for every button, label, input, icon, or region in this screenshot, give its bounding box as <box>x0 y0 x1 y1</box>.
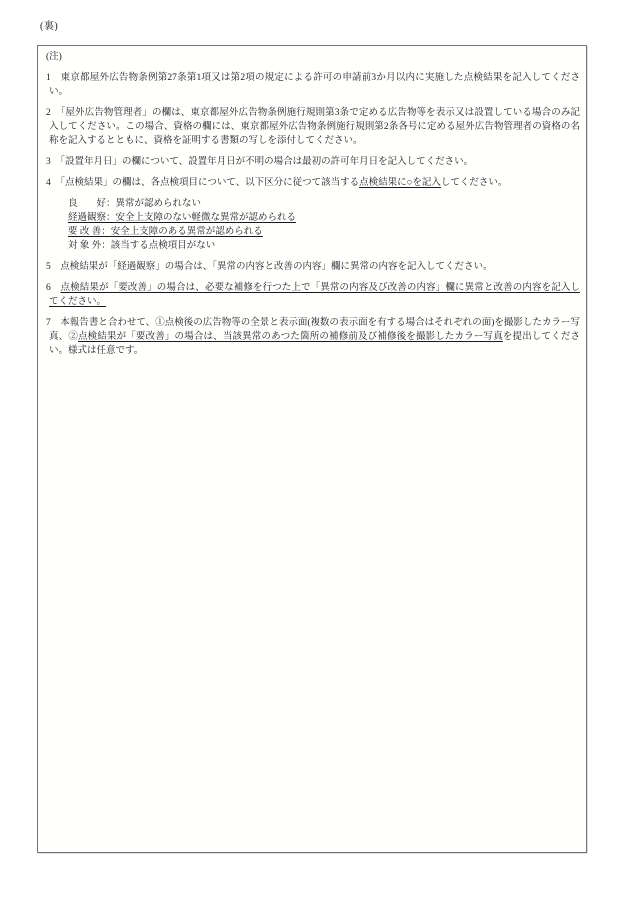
underlined-text: 経過観察：安全上支障のない軽微な異常が認められる <box>68 213 296 223</box>
note-number: 1 <box>46 73 61 83</box>
note-number: 5 <box>46 262 60 272</box>
note-item-3: 3 「設置年月日」の欄について、設置年月日が不明の場合は最初の許可年月日を記入し… <box>46 155 580 169</box>
note-text: 良 好：異常が認められない <box>68 199 201 209</box>
note-number: 6 <box>46 283 61 293</box>
note-item-2: 2 「屋外広告物管理者」の欄は、東京都屋外広告物条例施行規則第3条で定める広告物… <box>46 106 580 148</box>
note-number: 7 <box>46 318 60 328</box>
result-category-item: 経過観察：安全上支障のない軽微な異常が認められる <box>68 211 580 225</box>
notes-heading: (注) <box>46 50 580 64</box>
note-text: 東京都屋外広告物条例第27条第1項又は第2項の規定による許可の申請前3か月以内に… <box>49 73 580 97</box>
note-item-1: 1 東京都屋外広告物条例第27条第1項又は第2項の規定による許可の申請前3か月以… <box>46 71 580 99</box>
page-side-label: (裏) <box>40 20 58 34</box>
result-category-item: 対 象 外：該当する点検項目がない <box>68 239 580 253</box>
note-item-6: 6 点検結果が「要改善」の場合は、必要な補修を行つた上で「異常の内容及び改善の内… <box>46 281 580 309</box>
underlined-text: 点検結果が「要改善」の場合は、当該異常のあつた箇所の補修前及び補修後を撮影したカ… <box>78 332 503 342</box>
result-category-item: 要 改 善：安全上支障のある異常が認められる <box>68 225 580 239</box>
note-text: 「屋外広告物管理者」の欄は、東京都屋外広告物条例施行規則第3条で定める広告物等を… <box>49 108 580 146</box>
underlined-text: 要 改 善：安全上支障のある異常が認められる <box>68 227 263 237</box>
note-text: してください。 <box>441 178 508 188</box>
notes-box: (注) 1 東京都屋外広告物条例第27条第1項又は第2項の規定による許可の申請前… <box>37 45 587 853</box>
underlined-text: 点検結果に○を記入 <box>359 178 441 188</box>
result-categories: 良 好：異常が認められない経過観察：安全上支障のない軽微な異常が認められる要 改… <box>68 197 580 253</box>
note-number: 4 <box>46 178 60 188</box>
document-page: (裏) (注) 1 東京都屋外広告物条例第27条第1項又は第2項の規定による許可… <box>0 0 630 903</box>
note-text: 対 象 外：該当する点検項目がない <box>68 241 215 251</box>
result-category-item: 良 好：異常が認められない <box>68 197 580 211</box>
notes-list: 1 東京都屋外広告物条例第27条第1項又は第2項の規定による許可の申請前3か月以… <box>46 71 580 358</box>
note-item-5: 5 点検結果が「経過観察」の場合は、「異常の内容と改善の内容」欄に異常の内容を記… <box>46 260 580 274</box>
note-text: 点検結果が「経過観察」の場合は、「異常の内容と改善の内容」欄に異常の内容を記入し… <box>60 262 492 272</box>
underlined-text: 点検結果が「要改善」の場合は、必要な補修を行つた上で「異常の内容及び改善の内容」… <box>49 283 580 307</box>
note-number: 2 <box>46 108 61 118</box>
note-number: 3 <box>46 157 60 167</box>
note-item-7: 7 本報告書と合わせて、①点検後の広告物等の全景と表示面(複数の表示面を有する場… <box>46 316 580 358</box>
note-text: 「設置年月日」の欄について、設置年月日が不明の場合は最初の許可年月日を記入してく… <box>60 157 473 167</box>
note-text: 「点検結果」の欄は、各点検項目について、以下区分に従つて該当する <box>60 178 359 188</box>
note-item-4: 4 「点検結果」の欄は、各点検項目について、以下区分に従つて該当する点検結果に○… <box>46 176 580 190</box>
